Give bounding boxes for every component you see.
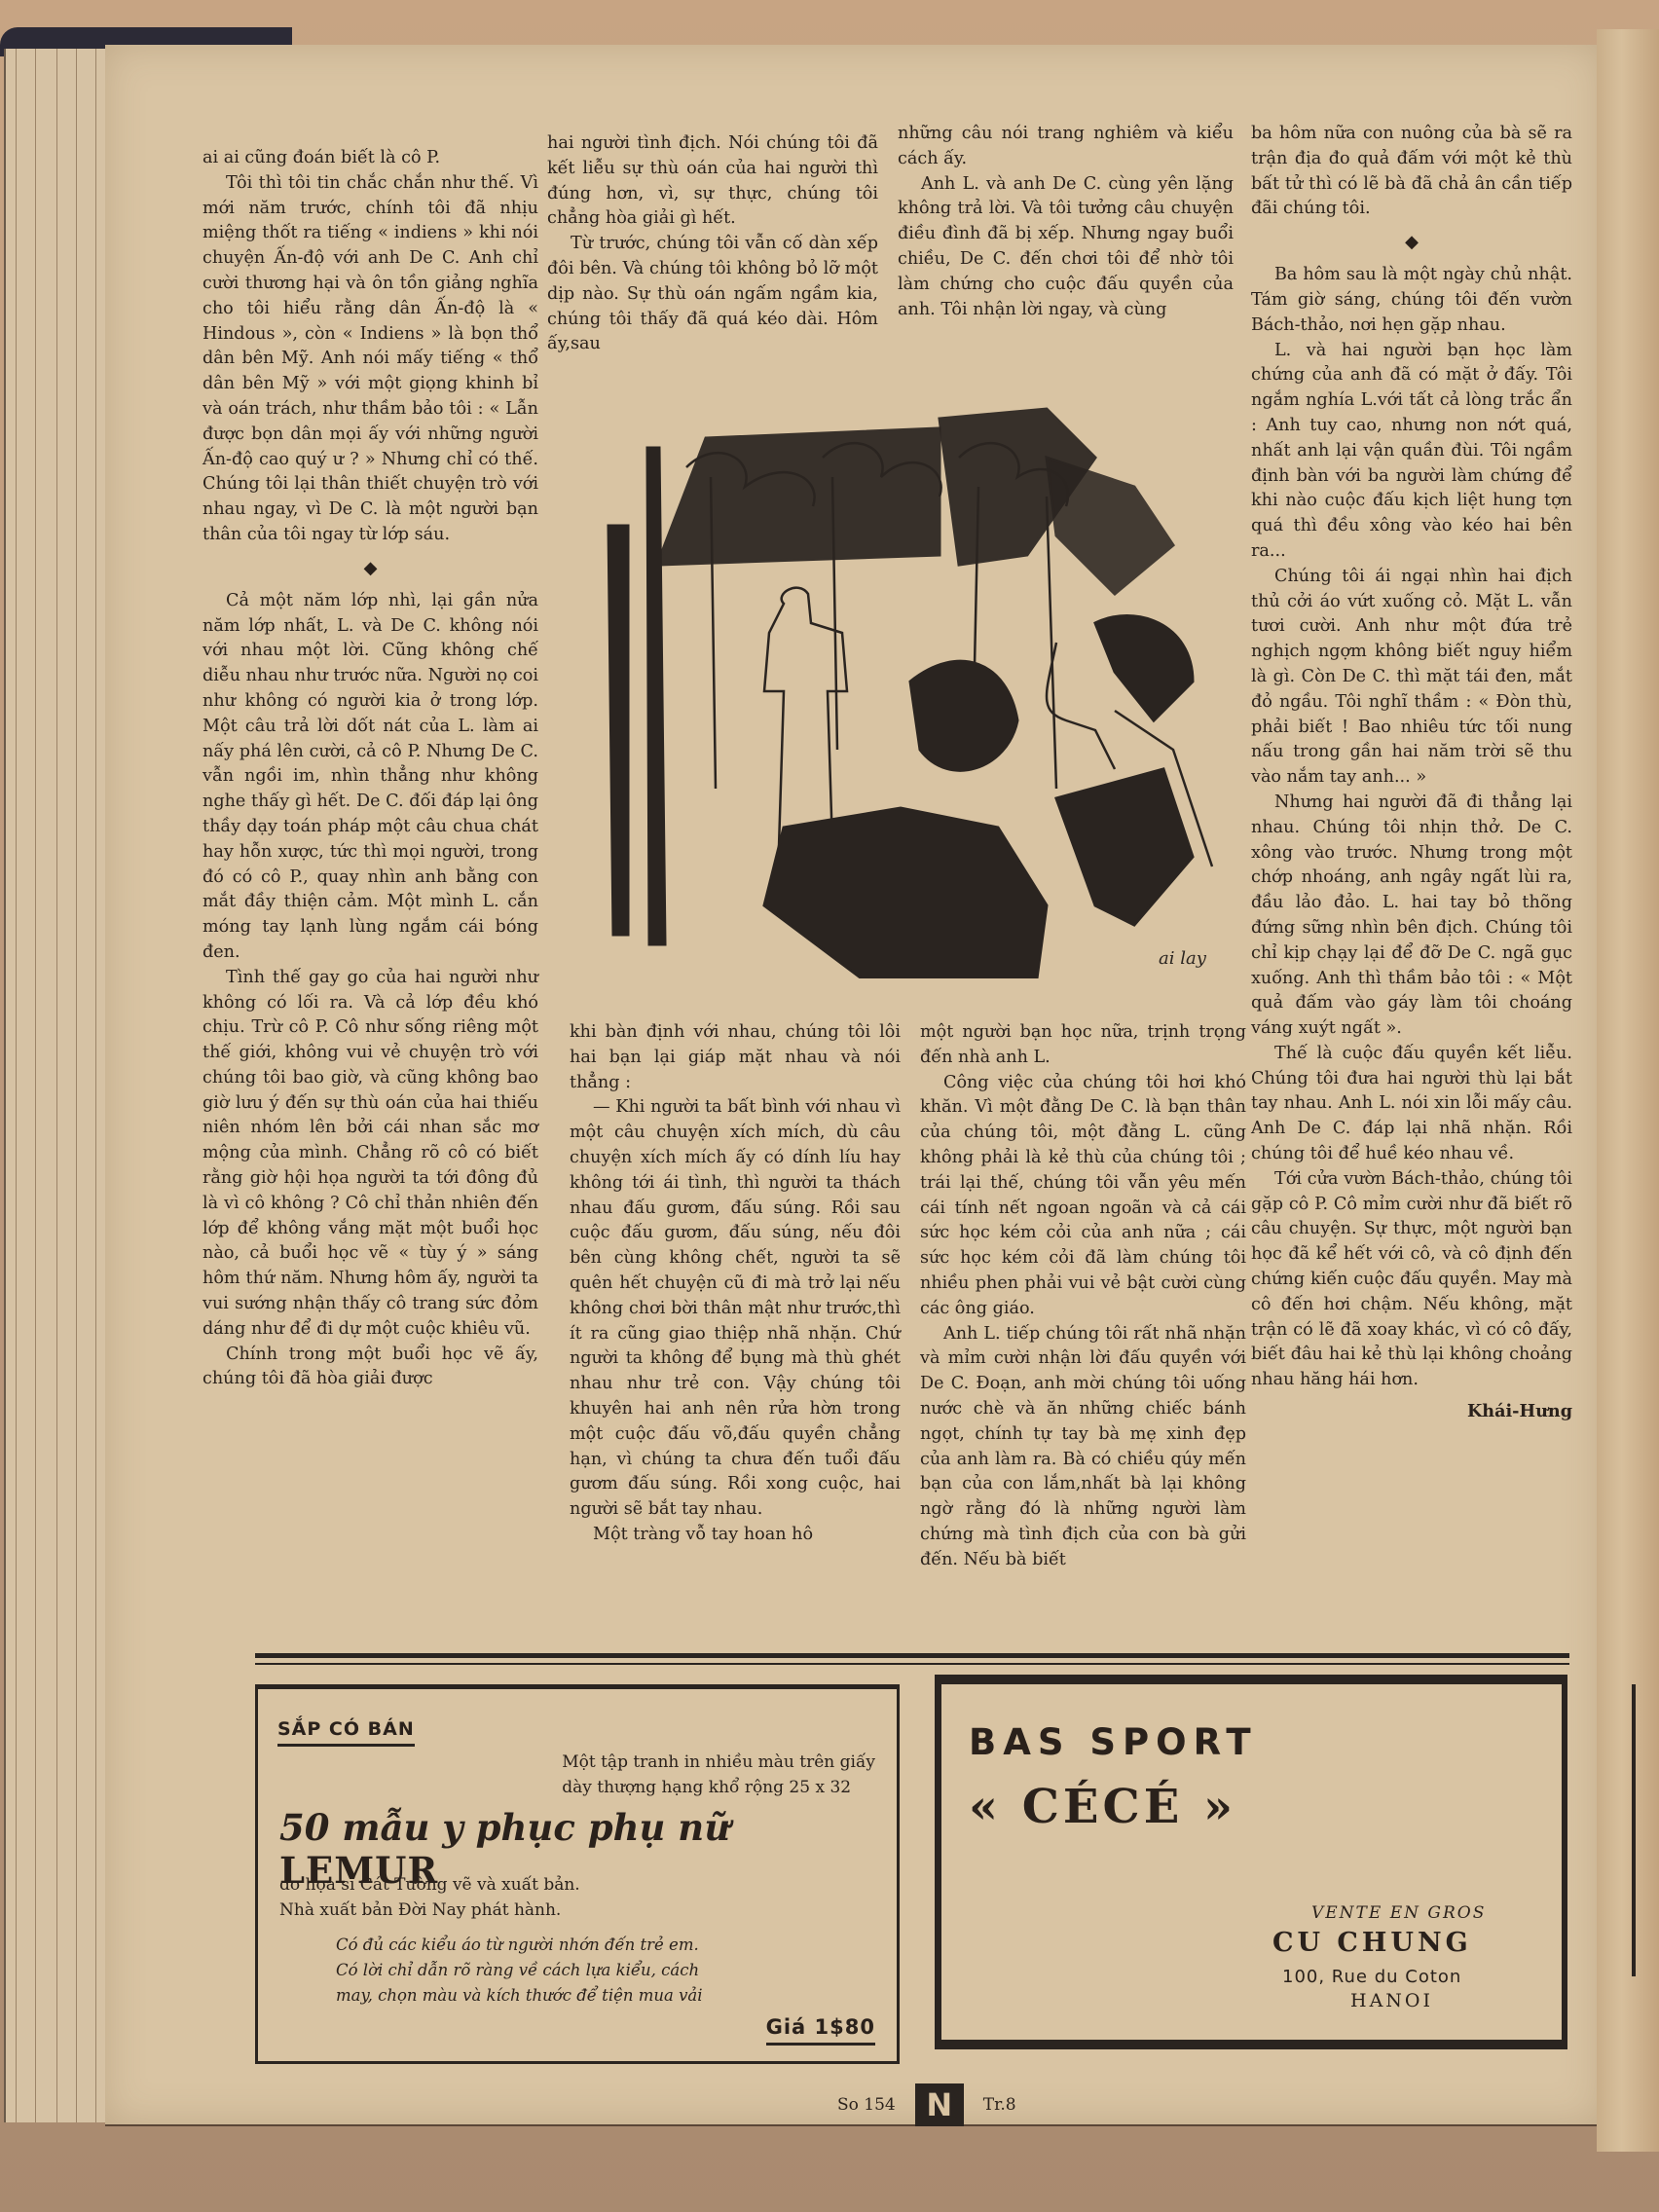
article-paragraph: Ba hôm sau là một ngày chủ nhật. Tám giờ…: [1251, 263, 1572, 338]
article-paragraph: Cả một năm lớp nhì, lại gần nửa năm lớp …: [203, 589, 538, 966]
section-separator-diamond-icon: ◆: [203, 552, 538, 585]
ad-desc-line: dày thượng hạng khổ rộng 25 x 32: [562, 1775, 875, 1800]
ad-features: Có đủ các kiểu áo từ người nhớn đến trẻ …: [336, 1933, 703, 2009]
ad-headline-text: 50 mẫu y phục phụ nữ: [279, 1806, 730, 1849]
ad-desc-line: Một tập tranh in nhiều màu trên giấy: [562, 1750, 875, 1775]
ad-product: BAS SPORT: [969, 1721, 1258, 1763]
ad-feature-line: may, chọn màu và kích thước để tiện mua …: [336, 1983, 703, 2009]
article-paragraph: Chính trong một buổi học vẽ ấy, chúng tô…: [203, 1343, 538, 1393]
article-paragraph: ba hôm nữa con nuông của bà sẽ ra trận đ…: [1251, 122, 1572, 222]
article-paragraph: khi bàn định với nhau, chúng tôi lôi hai…: [570, 1020, 901, 1095]
svg-text:ai lay: ai lay: [1159, 948, 1207, 969]
article-paragraph: Tôi thì tôi tin chắc chắn như thế. Vì mớ…: [203, 171, 538, 548]
article-paragraph: Tới cửa vườn Bách-thảo, chúng tôi gặp cô…: [1251, 1167, 1572, 1393]
article-paragraph: những câu nói trang nghiêm và kiểu cách …: [898, 122, 1234, 172]
ad-feature-line: Có đủ các kiểu áo từ người nhớn đến trẻ …: [336, 1933, 703, 1958]
article-column-1: ai ai cũng đoán biết là cô P.Tôi thì tôi…: [203, 146, 538, 1392]
article-paragraph: Từ trước, chúng tôi vẫn cố dàn xếp đôi b…: [547, 232, 878, 357]
advertisement-lemur: SẮP CÓ BÁN Một tập tranh in nhiều màu tr…: [255, 1684, 900, 2064]
article-paragraph: ai ai cũng đoán biết là cô P.: [203, 146, 538, 171]
article-paragraph: L. và hai người bạn học làm chứng của an…: [1251, 339, 1572, 565]
ad-price: Giá 1$80: [766, 2015, 875, 2046]
ad-credit-line: Nhà xuất bản Đời Nay phát hành.: [279, 1898, 580, 1923]
ad-kicker: SẮP CÓ BÁN: [277, 1718, 415, 1747]
author-signature: Khái-Hưng: [1251, 1399, 1572, 1424]
ad-city: HANOI: [1350, 1990, 1433, 2011]
ad-brand-name: « CÉCÉ »: [969, 1780, 1236, 1834]
article-paragraph: Chúng tôi ái ngại nhìn hai địch thủ cởi …: [1251, 565, 1572, 791]
ad-shop-name: CU CHUNG: [1272, 1928, 1472, 1958]
ad-credit: do họa sĩ Cát Tường vẽ và xuất bản. Nhà …: [279, 1872, 580, 1923]
article-paragraph: một người bạn học nữa, trịnh trọng đến n…: [920, 1020, 1246, 1071]
article-paragraph: — Khi người ta bất bình với nhau vì một …: [570, 1095, 901, 1523]
ad-wholesale-label: VENTE EN GROS: [1311, 1903, 1486, 1923]
facing-page-edge: [1597, 29, 1659, 2152]
ad-address: 100, Rue du Coton: [1282, 1967, 1461, 1987]
page-number: Tr.8: [983, 2095, 1016, 2115]
article-paragraph: Thế là cuộc đấu quyền kết liễu. Chúng tô…: [1251, 1042, 1572, 1167]
article-column-2-bottom: khi bàn định với nhau, chúng tôi lôi hai…: [570, 1020, 901, 1548]
article-illustration: ai lay: [589, 399, 1227, 978]
page-footer: So 154 N Tr.8: [837, 2083, 1016, 2126]
article-paragraph: hai người tình địch. Nói chúng tôi đã kế…: [547, 131, 878, 232]
ngay-nay-logo-icon: N: [915, 2083, 964, 2126]
article-paragraph: Anh L. và anh De C. cùng yên lặng không …: [898, 172, 1234, 323]
ad-credit-line: do họa sĩ Cát Tường vẽ và xuất bản.: [279, 1872, 580, 1898]
issue-number: So 154: [837, 2095, 896, 2115]
article-column-2-top: hai người tình địch. Nói chúng tôi đã kế…: [547, 131, 878, 357]
ad-description: Một tập tranh in nhiều màu trên giấy dày…: [562, 1750, 875, 1800]
article-paragraph: Một tràng vỗ tay hoan hô: [570, 1523, 901, 1548]
ad-feature-line: Có lời chỉ dẫn rõ ràng về cách lựa kiểu,…: [336, 1958, 703, 1983]
section-separator-diamond-icon: ◆: [1251, 226, 1572, 259]
article-paragraph: Tình thế gay go của hai người như không …: [203, 966, 538, 1343]
article-paragraph: Nhưng hai người đã đi thẳng lại nhau. Ch…: [1251, 791, 1572, 1042]
article-paragraph: Anh L. tiếp chúng tôi rất nhã nhặn và mỉ…: [920, 1322, 1246, 1573]
article-column-4: ba hôm nữa con nuông của bà sẽ ra trận đ…: [1251, 122, 1572, 1424]
article-paragraph: Công việc của chúng tôi hơi khó khăn. Vì…: [920, 1071, 1246, 1322]
advertisement-bas-sport: BAS SPORT « CÉCÉ » VENTE EN GROS CU CHUN…: [935, 1675, 1567, 2049]
article-column-3-top: những câu nói trang nghiêm và kiểu cách …: [898, 122, 1234, 322]
section-divider-rule: [255, 1653, 1569, 1658]
article-column-3-bottom: một người bạn học nữa, trịnh trọng đến n…: [920, 1020, 1246, 1573]
section-divider-rule-thin: [255, 1663, 1569, 1665]
